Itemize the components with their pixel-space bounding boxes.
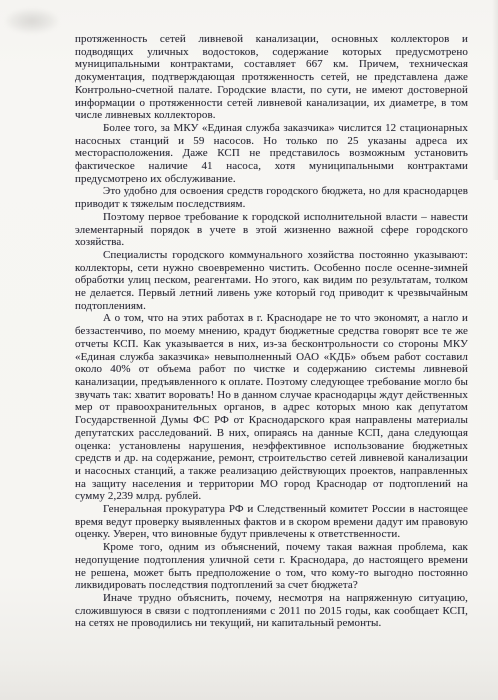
paragraph: Это удобно для освоения средств городско…	[75, 185, 468, 210]
document-text-block: протяженность сетей ливневой канализации…	[75, 33, 468, 630]
paragraph: А о том, что на этих работах в г. Красно…	[75, 312, 468, 503]
paragraph-continuation: протяженность сетей ливневой канализации…	[75, 33, 468, 122]
paragraph: Иначе трудно объяснить, почему, несмотря…	[75, 592, 468, 630]
paragraph: Кроме того, одним из объяснений, почему …	[75, 541, 468, 592]
paragraph: Более того, за МКУ «Единая служба заказч…	[75, 122, 468, 186]
scan-edge-shadow	[492, 0, 498, 180]
scanned-document-page: протяженность сетей ливневой канализации…	[0, 0, 498, 700]
paragraph: Генеральная прокуратура РФ и Следственны…	[75, 503, 468, 541]
paragraph: Специалисты городского коммунального хоз…	[75, 249, 468, 313]
paragraph: Поэтому первое требование к городской ис…	[75, 211, 468, 249]
scan-artifact-smudge	[6, 9, 58, 33]
